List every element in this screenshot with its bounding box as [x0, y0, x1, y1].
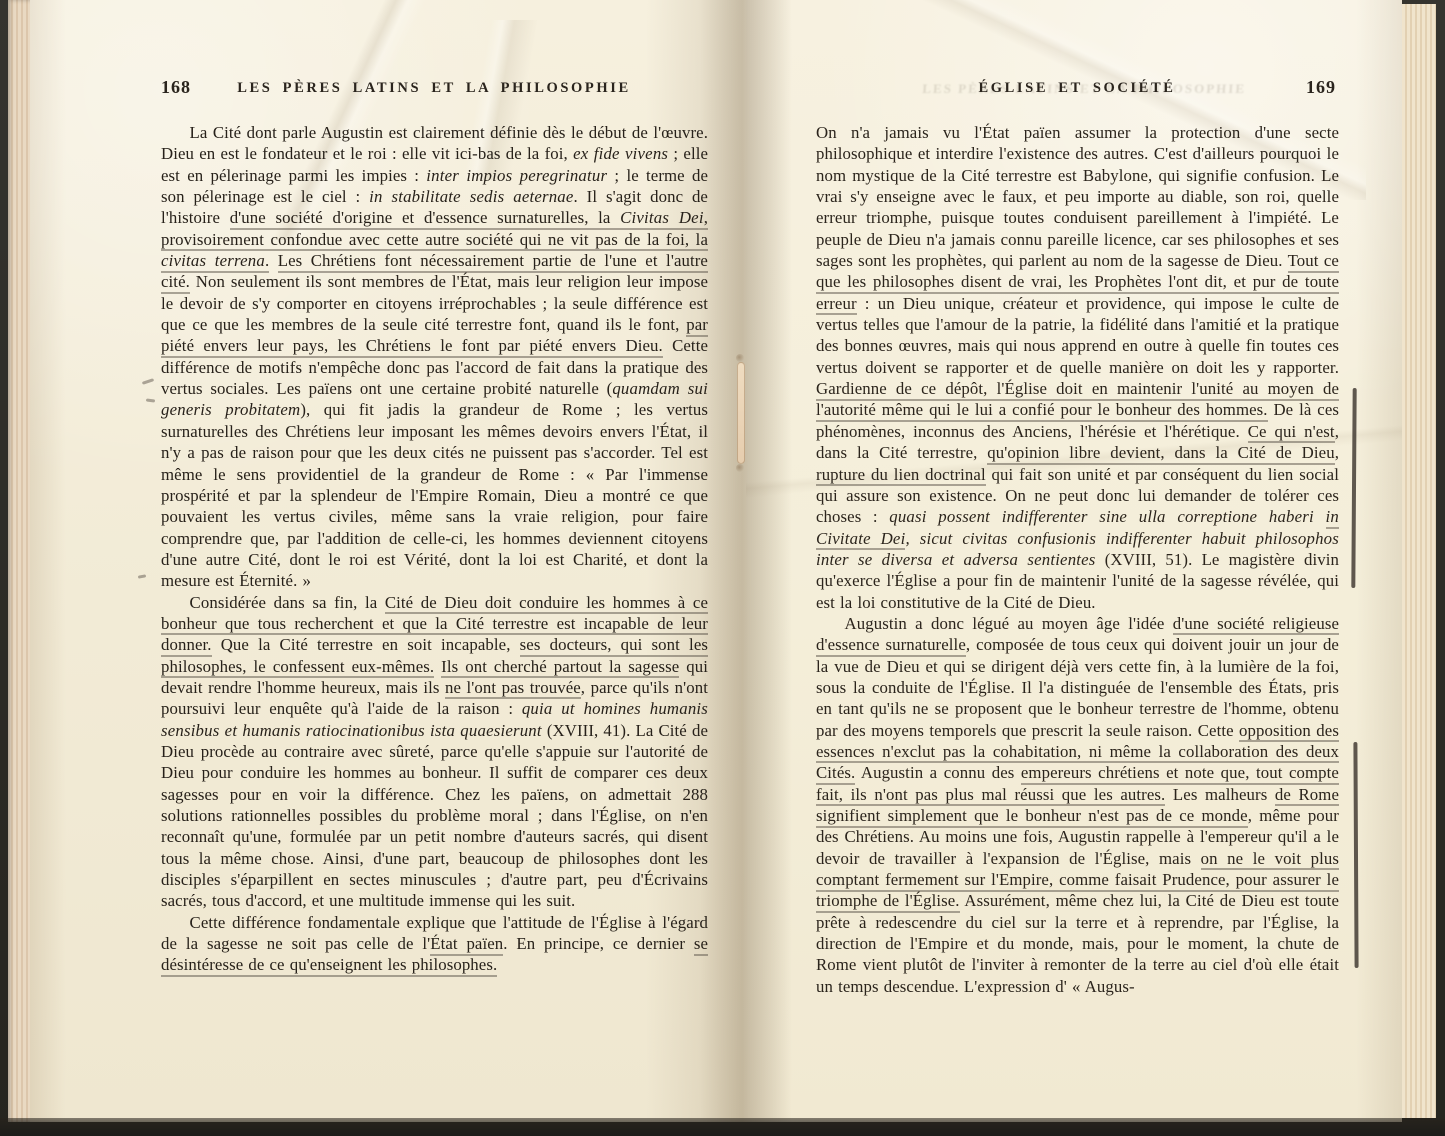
right-page-edge-stack	[1402, 4, 1436, 1118]
binding-stitch-hole	[736, 464, 744, 472]
paragraph: La Cité dont parle Augustin est claireme…	[161, 122, 708, 592]
pencil-margin-tick	[142, 378, 154, 385]
pencil-margin-tick	[146, 398, 155, 402]
book-photo: 168 LES PÈRES LATINS ET LA PHILOSOPHIE L…	[0, 0, 1445, 1136]
paragraph: On n'a jamais vu l'État païen assumer la…	[816, 122, 1339, 613]
pencil-margin-bar	[1353, 742, 1358, 968]
right-page-header: ÉGLISE ET SOCIÉTÉ 169	[816, 80, 1338, 104]
left-text-column: La Cité dont parle Augustin est claireme…	[161, 122, 708, 976]
page-number: 168	[161, 77, 191, 98]
right-text-column: On n'a jamais vu l'État païen assumer la…	[816, 122, 1339, 997]
photo-bottom-shadow	[0, 1118, 1445, 1136]
binding-stitch-hole	[736, 354, 744, 362]
running-title: LES PÈRES LATINS ET LA PHILOSOPHIE	[161, 80, 707, 97]
pencil-margin-bar	[1351, 388, 1356, 588]
paragraph: Cette différence fondamentale explique q…	[161, 912, 708, 976]
pencil-margin-tick	[138, 574, 146, 578]
left-page: 168 LES PÈRES LATINS ET LA PHILOSOPHIE L…	[30, 0, 746, 1122]
binding-stitch-thread	[737, 362, 745, 464]
right-page: LES PÈRES LATINS ET LA PHILOSOPHIE ÉGLIS…	[746, 0, 1402, 1122]
paragraph: Augustin a donc légué au moyen âge l'idé…	[816, 613, 1339, 997]
running-title: ÉGLISE ET SOCIÉTÉ	[816, 80, 1338, 97]
paragraph: Considérée dans sa fin, la Cité de Dieu …	[161, 592, 708, 912]
left-page-header: 168 LES PÈRES LATINS ET LA PHILOSOPHIE	[161, 80, 707, 104]
page-number: 169	[1306, 77, 1336, 98]
